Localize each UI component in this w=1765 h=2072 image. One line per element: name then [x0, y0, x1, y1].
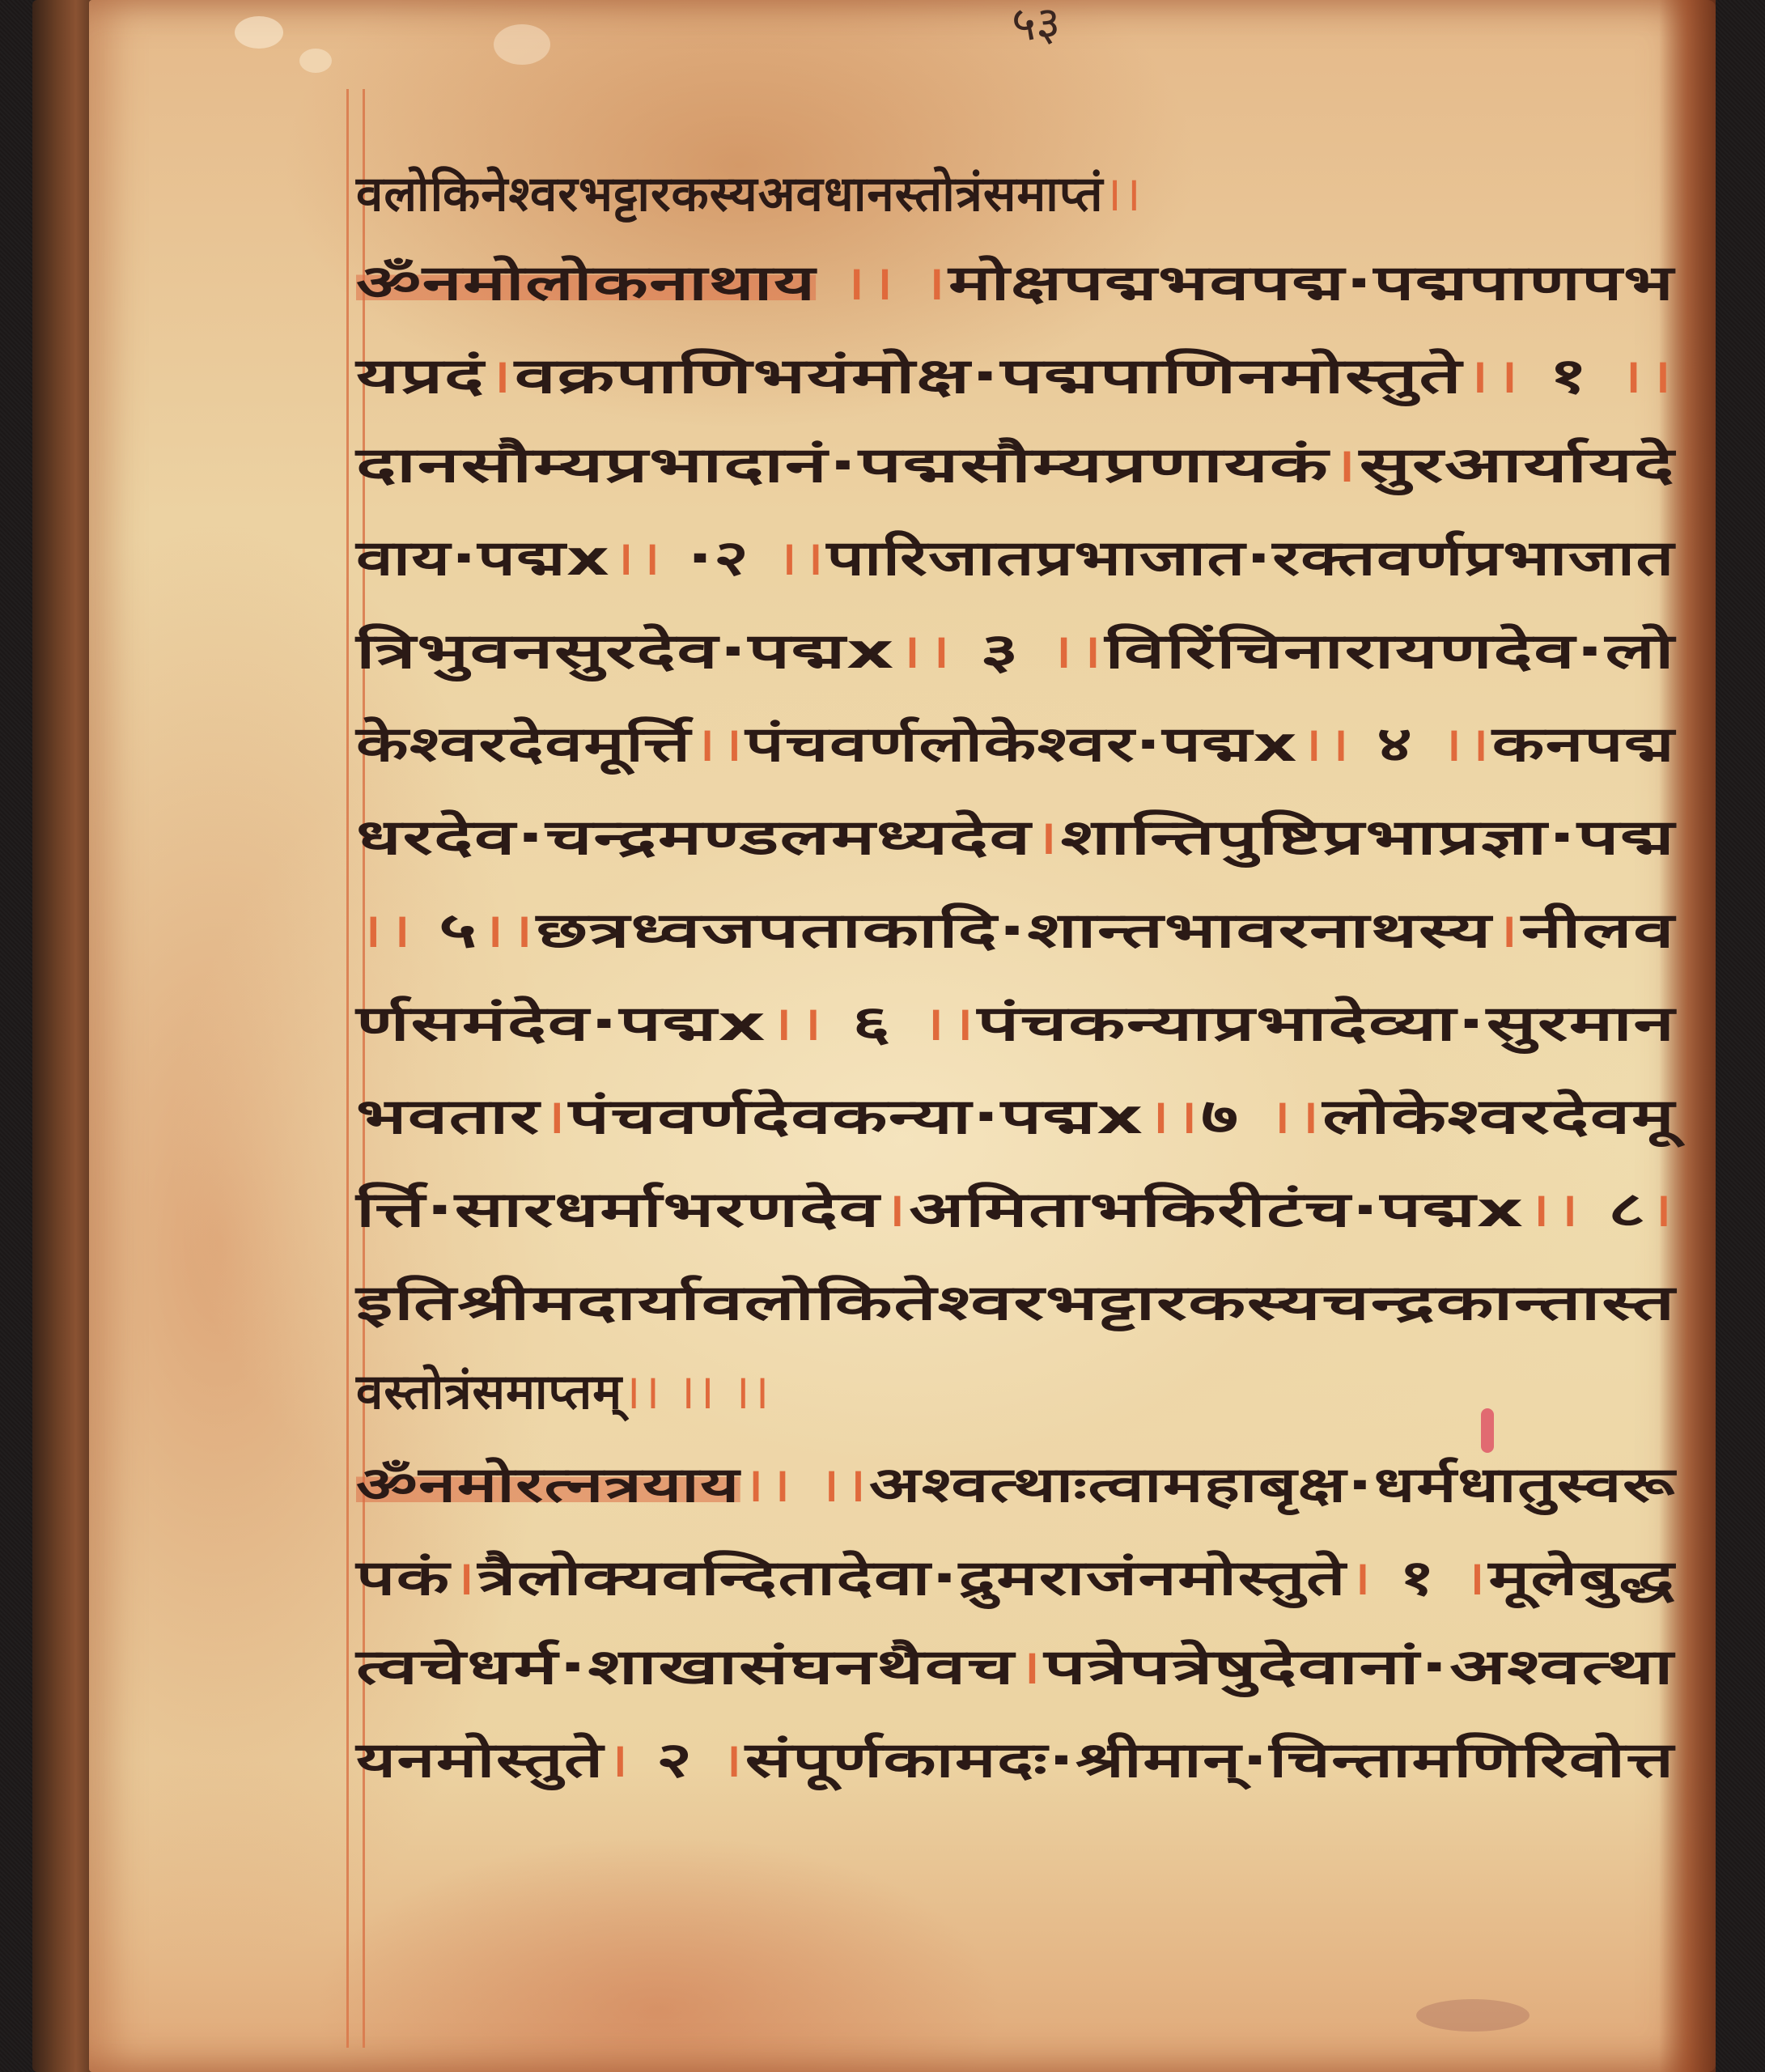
text-segment: पकं [356, 1550, 451, 1607]
text-segment: विरिंचिनारायणदेव·लो [1105, 623, 1675, 680]
danda-mark: ।। [1298, 716, 1352, 773]
text-segment: पत्रेपत्रेषुदेवानां·अश्वत्था [1044, 1639, 1674, 1696]
danda-mark: ।। [1616, 348, 1675, 405]
verse-number: १ [1521, 348, 1616, 405]
danda-mark: । [451, 1550, 478, 1607]
danda-mark: ।। [691, 716, 745, 773]
danda-mark: । [718, 1732, 745, 1789]
text-segment: इतिश्रीमदार्यावलोकितेश्वरभट्टारकस्यचन्द्… [356, 1275, 1676, 1331]
manuscript-line: पकं।त्रैलोक्यवन्दितादेवा·द्रुमराजंनमोस्त… [356, 1554, 1675, 1603]
danda-mark: । [1015, 1639, 1044, 1696]
text-segment: छत्रध्वजपताकादि·शान्तभावरनाथस्य [537, 902, 1492, 959]
verse-number: ८ [1581, 1182, 1647, 1238]
danda-mark: । [880, 1182, 909, 1238]
text-segment: कनपद्म [1492, 716, 1675, 773]
text-segment: वलोकिनेश्वरभट्टारकस्यअवधानस्तोत्रंसमाप्त… [356, 166, 1104, 223]
danda-mark: ।। [1525, 1182, 1582, 1238]
text-segment: अमिताभकिरीटंच·पद्मx [909, 1182, 1525, 1238]
text-segment: लोकेश्वरदेवमू [1322, 1089, 1675, 1145]
text-segment: त्रिभुवनसुरदेव·पद्मx [356, 623, 895, 680]
manuscript-line: धरदेव·चन्द्रमण्डलमध्यदेव।शान्तिपुष्टिप्र… [356, 813, 1675, 862]
danda-mark: ।। ।। [661, 1364, 770, 1420]
danda-mark: । [605, 1732, 632, 1789]
text-segment: मूलेबुद्ध [1488, 1550, 1675, 1607]
manuscript-line: यप्रदं।वक्रपाणिभयंमोक्ष·पद्मपाणिनमोस्तुत… [356, 352, 1675, 401]
verse-number: १ [1374, 1550, 1462, 1607]
water-stain [299, 49, 332, 73]
verse-number: ३ [953, 623, 1046, 680]
danda-mark: । [1461, 1550, 1488, 1607]
danda-mark: ।। [766, 996, 825, 1052]
text-segment: दानसौम्यप्रभादानं·पद्मसौम्यप्रणायकं [356, 437, 1329, 494]
manuscript-line: र्त्ति·सारधर्माभरणदेव।अमिताभकिरीटंच·पद्म… [356, 1186, 1675, 1234]
text-segment: पंचवर्णलोकेश्वर·पद्मx [745, 716, 1298, 773]
text-segment: मोक्षपद्मभवपद्म·पद्मपाणपभ [948, 255, 1674, 312]
manuscript-line: त्वचेधर्म·शाखासंघनथैवच।पत्रेपत्रेषुदेवान… [356, 1643, 1674, 1692]
danda-mark: । [1347, 1550, 1374, 1607]
manuscript-line: वस्तोत्रंसमाप्तम्।। ।। ।। [356, 1368, 770, 1416]
paper-damage [1416, 1999, 1530, 2032]
manuscript-line: इतिश्रीमदार्यावलोकितेश्वरभट्टारकस्यचन्द्… [356, 1279, 1676, 1327]
danda-mark: । [920, 255, 948, 312]
manuscript-line: यनमोस्तुते। २ ।संपूर्णकामदः·श्रीमान्·चिन… [356, 1736, 1674, 1785]
manuscript-photo: ५३ वलोकिनेश्वरभट्टारकस्यअवधानस्तोत्रंसमा… [0, 0, 1765, 2072]
verse-number: ७ [1201, 1089, 1266, 1145]
text-segment: वाय·पद्मx [356, 530, 610, 587]
verse-number: ४ [1352, 716, 1439, 773]
text-segment: पंचकन्याप्रभादेव्या·सुरमान [977, 996, 1675, 1052]
danda-mark: ।। [817, 255, 921, 312]
danda-mark: ।। [1046, 623, 1105, 680]
text-segment: वस्तोत्रंसमाप्तम् [356, 1364, 622, 1420]
verse-number: २ [631, 1732, 718, 1789]
danda-mark: । [541, 1089, 569, 1145]
danda-mark: ।। [478, 902, 537, 959]
text-segment: र्णसमंदेव·पद्मx [356, 996, 766, 1052]
text-segment: यप्रदं [356, 348, 485, 405]
danda-mark: । [1329, 437, 1359, 494]
manuscript-line: दानसौम्यप्रभादानं·पद्मसौम्यप्रणायकं।सुरआ… [356, 441, 1675, 490]
water-stain [235, 16, 283, 49]
verse-number: ६ [825, 996, 919, 1052]
danda-mark: ।। [1266, 1089, 1322, 1145]
danda-mark: ।। [1144, 1089, 1201, 1145]
text-segment: भवतार [356, 1089, 541, 1145]
invocation-heading: ॐनमोरत्नत्रयाय [356, 1457, 740, 1514]
danda-mark: ।। [1438, 716, 1492, 773]
margin-ruling-line-1 [346, 89, 349, 2048]
text-segment: सुरआर्यायदे [1360, 437, 1676, 494]
text-segment: धरदेव·चन्द्रमण्डलमध्यदेव [356, 809, 1032, 866]
manuscript-line: ॐनमोरत्नत्रयाय।। ।।अश्वत्थाःत्वामहाबृक्ष… [356, 1461, 1676, 1509]
verse-number: ५ [439, 902, 478, 959]
danda-mark: ।। [610, 530, 663, 587]
danda-mark: ।। [774, 530, 826, 587]
text-segment: र्त्ति·सारधर्माभरणदेव [356, 1182, 880, 1238]
danda-mark: ।। [740, 1457, 817, 1514]
ink-spot [1481, 1408, 1494, 1453]
danda-mark: ।। [919, 996, 977, 1052]
manuscript-line: ।। ५।।छत्रध्वजपताकादि·शान्तभावरनाथस्य।नी… [356, 906, 1675, 955]
verse-number: ·२ [663, 530, 774, 587]
text-segment: नीलव [1521, 902, 1675, 959]
danda-mark: ।। [1462, 348, 1521, 405]
text-segment: केश्वरदेवमूर्त्ति [356, 716, 691, 773]
text-segment: पंचवर्णदेवकन्या·पद्मx [569, 1089, 1144, 1145]
danda-mark: ।। [816, 1457, 869, 1514]
manuscript-line: वाय·पद्मx।। ·२ ।।पारिजातप्रभाजात·रक्तवर्… [356, 534, 1675, 583]
text-segment: वक्रपाणिभयंमोक्ष·पद्मपाणिनमोस्तुते [515, 348, 1463, 405]
danda-mark: । [1032, 809, 1061, 866]
manuscript-line: ॐनमोलोकनाथाय ।। ।मोक्षपद्मभवपद्म·पद्मपाण… [356, 259, 1674, 308]
text-segment: पारिजातप्रभाजात·रक्तवर्णप्रभाजात [826, 530, 1674, 587]
manuscript-line: र्णसमंदेव·पद्मx।। ६ ।।पंचकन्याप्रभादेव्य… [356, 1000, 1676, 1048]
danda-mark: । [1492, 902, 1521, 959]
manuscript-line: केश्वरदेवमूर्त्ति।।पंचवर्णलोकेश्वर·पद्मx… [356, 720, 1675, 769]
text-segment: संपूर्णकामदः·श्रीमान्·चिन्तामणिरिवोत्त [745, 1732, 1674, 1789]
danda-mark: ।। [622, 1364, 660, 1420]
manuscript-line: त्रिभुवनसुरदेव·पद्मx।। ३ ।।विरिंचिनारायण… [356, 627, 1675, 676]
water-stain [494, 24, 550, 65]
invocation-heading: ॐनमोलोकनाथाय [356, 255, 817, 312]
text-segment: अश्वत्थाःत्वामहाबृक्ष·धर्मधातुस्वरू [869, 1457, 1676, 1514]
text-segment: त्वचेधर्म·शाखासंघनथैवच [356, 1639, 1015, 1696]
text-segment: यनमोस्तुते [356, 1732, 605, 1789]
manuscript-line: भवतार।पंचवर्णदेवकन्या·पद्मx।।७ ।।लोकेश्व… [356, 1093, 1675, 1141]
danda-mark: । [485, 348, 514, 405]
text-segment: त्रैलोक्यवन्दितादेवा·द्रुमराजंनमोस्तुते [477, 1550, 1347, 1607]
danda-mark: । [1647, 1182, 1675, 1238]
danda-mark: ।। [1104, 166, 1142, 223]
folio-number: ५३ [1012, 0, 1060, 47]
manuscript-line: वलोकिनेश्वरभट्टारकस्यअवधानस्तोत्रंसमाप्त… [356, 170, 1142, 219]
text-segment: शान्तिपुष्टिप्रभाप्रज्ञा·पद्म [1061, 809, 1676, 866]
danda-mark: ।। [895, 623, 953, 680]
danda-mark: ।। [356, 902, 439, 959]
